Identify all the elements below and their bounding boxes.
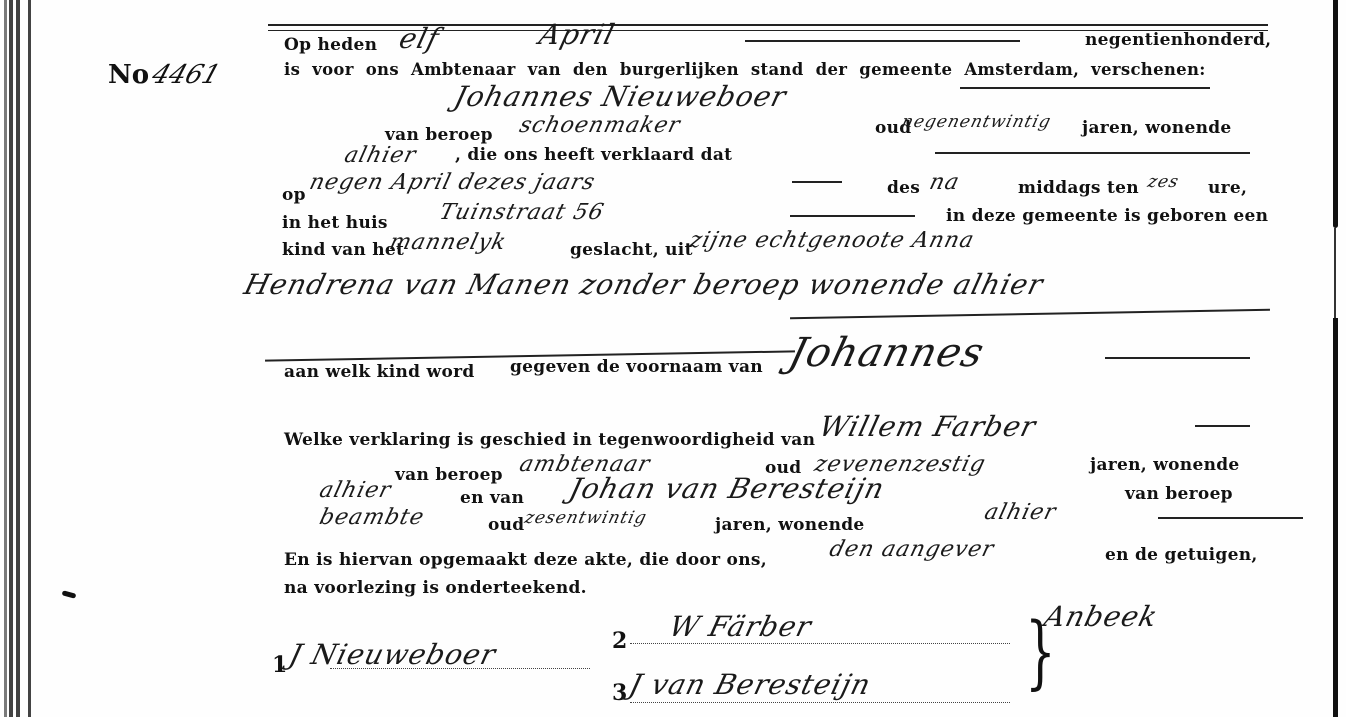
signature-number-2: 2 [612, 628, 627, 654]
signature-official: Anbeek [1041, 600, 1162, 633]
fill-line [790, 309, 1270, 319]
printed-in-het-huis: in het huis [282, 213, 388, 233]
printed-en-de-getuigen: en de getuigen, [1105, 545, 1258, 565]
printed-line2: is voor ons Ambtenaar van den burgerlijk… [284, 60, 1206, 79]
binding-line [4, 0, 7, 717]
handwritten-month: April [536, 18, 619, 51]
printed-van-beroep: van beroep [385, 125, 493, 145]
handwritten-mother-1: zijne echtgenoote Anna [687, 228, 977, 253]
document-page: No4461 Op heden elf April negentienhonde… [0, 0, 1346, 717]
signature-number-1: 1 [272, 652, 287, 678]
printed-aan-welk-kind: aan welk kind word [284, 362, 475, 382]
handwritten-declarant: Johannes Nieuweboer [451, 80, 790, 113]
printed-op-heden: Op heden [284, 35, 377, 55]
printed-des: des [887, 178, 920, 198]
signature-witness-1: W Färber [666, 610, 815, 643]
handwritten-birth-date: negen April dezes jaars [307, 170, 598, 195]
handwritten-witness2-age: zesentwintig [523, 508, 650, 528]
fill-line [935, 152, 1250, 154]
signature-number-3: 3 [612, 680, 627, 706]
akte-number-value: 4461 [148, 60, 224, 90]
handwritten-witness1-residence: alhier [317, 478, 394, 503]
right-margin-rule [1333, 318, 1338, 717]
handwritten-sex: mannelyk [387, 230, 509, 255]
handwritten-residence: alhier [342, 143, 419, 168]
printed-na-voorlezing: na voorlezing is onderteekend. [284, 578, 587, 598]
handwritten-time-hour: zes [1146, 172, 1182, 192]
handwritten-witness2-residence: alhier [982, 500, 1059, 525]
fill-line [1105, 357, 1250, 359]
printed-en-is: En is hiervan opgemaakt deze akte, die d… [284, 550, 767, 570]
handwritten-given-name: Johannes [784, 330, 989, 376]
printed-oud-3: oud [488, 515, 525, 535]
binding-line [16, 0, 20, 717]
printed-jaren-wonende-3: jaren, wonende [715, 515, 865, 535]
handwritten-witness1-name: Willem Farber [816, 410, 1040, 443]
printed-en-van: en van [460, 488, 524, 508]
handwritten-time-prefix: na [927, 170, 963, 195]
printed-negentienhonderd: negentienhonderd, [1085, 30, 1271, 50]
fill-line [745, 40, 1020, 42]
printed-geslacht-uit: geslacht, uit [570, 240, 693, 260]
right-margin-rule [1333, 0, 1338, 228]
printed-ure: ure, [1208, 178, 1247, 198]
printed-middags-ten: middags ten [1018, 178, 1139, 198]
handwritten-signed-by: den aangever [827, 537, 997, 562]
signature-line [630, 643, 1010, 644]
signature-declarant: J Nieuweboer [286, 638, 500, 671]
handwritten-occupation: schoenmaker [517, 113, 683, 138]
signature-witness-2: J van Beresteijn [626, 668, 875, 701]
fill-line [1195, 425, 1250, 427]
fill-line [960, 87, 1210, 89]
printed-jaren-wonende: jaren, wonende [1082, 118, 1232, 138]
handwritten-mother-2: Hendrena van Manen zonder beroep wonende… [241, 268, 1047, 301]
printed-kind-van-het: kind van het [282, 240, 404, 260]
handwritten-address: Tuinstraat 56 [437, 200, 607, 225]
signature-line [330, 668, 590, 669]
printed-welke-verklaring: Welke verklaring is geschied in tegenwoo… [284, 430, 815, 450]
handwritten-witness2-name: Johan van Beresteijn [566, 472, 888, 505]
signature-line [630, 702, 1010, 703]
printed-geboren: in deze gemeente is geboren een [946, 206, 1268, 226]
binding-line [9, 0, 13, 717]
fill-line [790, 215, 915, 217]
printed-op: op [282, 185, 306, 205]
akte-number: No4461 [108, 60, 219, 90]
printed-die-ons: , die ons heeft verklaard dat [455, 145, 732, 165]
printed-jaren-wonende-2: jaren, wonende [1090, 455, 1240, 475]
binding-line [28, 0, 31, 717]
handwritten-day: elf [396, 22, 443, 55]
right-margin-rule [1334, 228, 1336, 318]
fill-line [1158, 517, 1303, 519]
ink-mark [62, 590, 77, 598]
fill-line [792, 181, 842, 183]
handwritten-age: negenentwintig [900, 112, 1054, 132]
printed-van-beroep-3: van beroep [1125, 484, 1233, 504]
printed-gegeven: gegeven de voornaam van [510, 357, 763, 377]
printed-van-beroep-2: van beroep [395, 465, 503, 485]
handwritten-witness2-occupation: beambte [317, 505, 427, 530]
